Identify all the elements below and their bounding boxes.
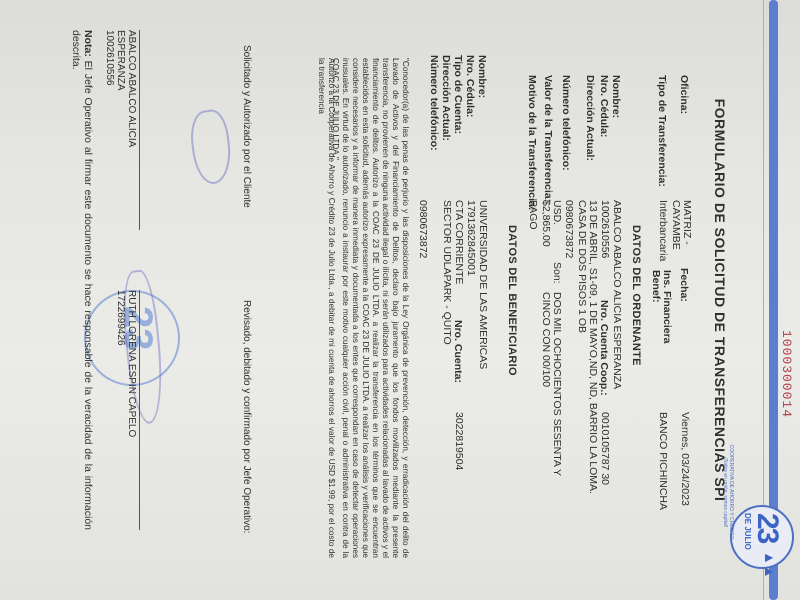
ordenante-cuenta-label: Nro. Cuenta Coop.:	[598, 300, 610, 396]
logo-number: 23	[750, 513, 784, 542]
valor-label: Valor de la Transferencia:	[542, 75, 554, 202]
ordenante-direccion-value: 13 DE ABRIL, S1-09, 1 DE MAYO,ND, ND, BA…	[576, 200, 598, 494]
ordenante-cedula-label: Nro. Cédula:	[598, 75, 610, 137]
tipo-transferencia-value: Interbancaria	[657, 200, 668, 261]
officer-id: 1722699426	[115, 290, 126, 437]
valor-amount: $2,865.00	[540, 200, 551, 247]
benef-telefono-value: 0980673872	[417, 200, 428, 258]
debit-authorization: Autorizo a la Cooperativa de Ahorro y Cr…	[316, 58, 336, 558]
client-signature-heading: Solicitado y Autorizado por el Cliente	[241, 45, 252, 208]
officer-signature-heading: Revisado, debitado y confirmado por Jefe…	[241, 300, 252, 533]
note-text: El Jefe Operativo al firmar este documen…	[70, 30, 94, 530]
valor-words-line2: CINCO CON 00/100	[540, 292, 551, 476]
footer-note: Nota: El Jefe Operativo al firmar este d…	[70, 30, 94, 530]
beneficiario-section-title: DATOS DEL BENEFICIARIO	[506, 225, 518, 376]
tipo-transferencia-label: Tipo de Transferencia:	[656, 75, 668, 187]
serial-number: 1000300014	[779, 330, 794, 418]
ordenante-cuenta-value: 0010105787 30	[599, 412, 610, 485]
benef-nro-cuenta-value: 3022819504	[453, 412, 464, 470]
oficina-line1: MATRIZ -	[681, 200, 692, 250]
benef-cedula-label: Nro. Cédula:	[464, 55, 476, 117]
benef-direccion-value: SECTOR UDLAPARK - QUITO	[441, 200, 452, 345]
benef-direccion-label: Dirección Actual:	[440, 55, 452, 141]
ordenante-direccion-label: Dirección Actual:	[584, 75, 596, 161]
benef-tipo-cuenta-value: CTA CORRIENTE	[453, 200, 464, 284]
direccion-line1: 13 DE ABRIL, S1-09, 1 DE MAYO,ND, ND, BA…	[587, 200, 598, 494]
benef-tipo-cuenta-label: Tipo de Cuenta:	[452, 55, 464, 134]
client-signature	[187, 108, 235, 187]
logo-subtitle: DE JULIO	[743, 513, 752, 550]
valor-value: USD. $2,865.00	[540, 200, 562, 247]
note-label: Nota:	[82, 30, 94, 57]
ins-financiera-value: BANCO PICHINCHA	[657, 412, 668, 510]
direccion-line2: CASA DE DOS PISOS 1 OB	[576, 200, 587, 494]
valor-words: DOS MIL OCHOCIENTOS SESENTA Y CINCO CON …	[540, 292, 562, 476]
cooperative-name-text: COOPERATIVA DE AHORRO Y CRÉDITO	[728, 412, 734, 572]
officer-name-text: RUTH LORENA ESPIN CAPELO	[126, 290, 137, 437]
motivo-label: Motivo de la Transferencia:	[526, 75, 538, 210]
oficina-label: Oficina:	[678, 75, 690, 114]
ordenante-section-title: DATOS DEL ORDENANTE	[630, 225, 642, 366]
benef-nombre-label: Nombre:	[476, 55, 488, 98]
ins-financiera-label: Ins. Financiera Benef:	[650, 270, 672, 344]
transfer-request-form: 1000300014 23 ▲▲ DE JULIO COOPERATIVA DE…	[0, 0, 800, 600]
fecha-value: Viernes, 03/24/2023	[679, 412, 690, 506]
benef-telefono-label: Número telefónico:	[428, 55, 440, 151]
motivo-value: PAGO	[527, 200, 538, 230]
header-band: 1000300014 23 ▲▲ DE JULIO	[740, 0, 800, 600]
form-title: FORMULARIO DE SOLICITUD DE TRANSFERENCIA…	[712, 40, 728, 560]
mountain-icon: ▲▲	[762, 551, 778, 579]
client-id: 1002610556	[104, 30, 115, 147]
ordenante-telefono-label: Número telefónico:	[560, 75, 572, 171]
cooperative-logo: 23 ▲▲ DE JULIO	[730, 505, 794, 569]
declaration-paragraph: "Conocedor(a) de las penas de perjurio y…	[330, 58, 410, 558]
client-signature-line	[139, 30, 140, 230]
valor-words-prefix: Son:	[551, 262, 562, 284]
client-name-line1: ABALCO ABALCO ALICIA	[126, 30, 137, 147]
ordenante-telefono-value: 0980673872	[563, 200, 574, 258]
client-name: ABALCO ABALCO ALICIA ESPERANZA 100261055…	[104, 30, 137, 147]
ins-label-line1: Ins. Financiera	[661, 270, 672, 344]
officer-name: RUTH LORENA ESPIN CAPELO 1722699426	[115, 290, 137, 437]
valor-currency: USD.	[551, 200, 562, 247]
fecha-label: Fecha:	[678, 268, 690, 302]
oficina-line2: CAYAMBE	[670, 200, 681, 250]
valor-words-line1: DOS MIL OCHOCIENTOS SESENTA Y	[551, 292, 562, 476]
ordenante-nombre-label: Nombre:	[610, 75, 622, 118]
officer-signature-line	[139, 290, 140, 530]
ordenante-nombre-value: ABALCO ABALCO ALICIA ESPERANZA	[611, 200, 622, 389]
ins-label-line2: Benef:	[650, 270, 661, 344]
benef-cedula-value: 1791362845001	[465, 200, 476, 276]
oficina-value: MATRIZ - CAYAMBE	[670, 200, 692, 250]
benef-nro-cuenta-label: Nro. Cuenta:	[452, 320, 464, 383]
ordenante-cedula-value: 1002610556	[599, 200, 610, 258]
benef-nombre-value: UNIVERSIDAD DE LAS AMERICAS	[477, 200, 488, 369]
client-name-line2: ESPERANZA	[115, 30, 126, 147]
